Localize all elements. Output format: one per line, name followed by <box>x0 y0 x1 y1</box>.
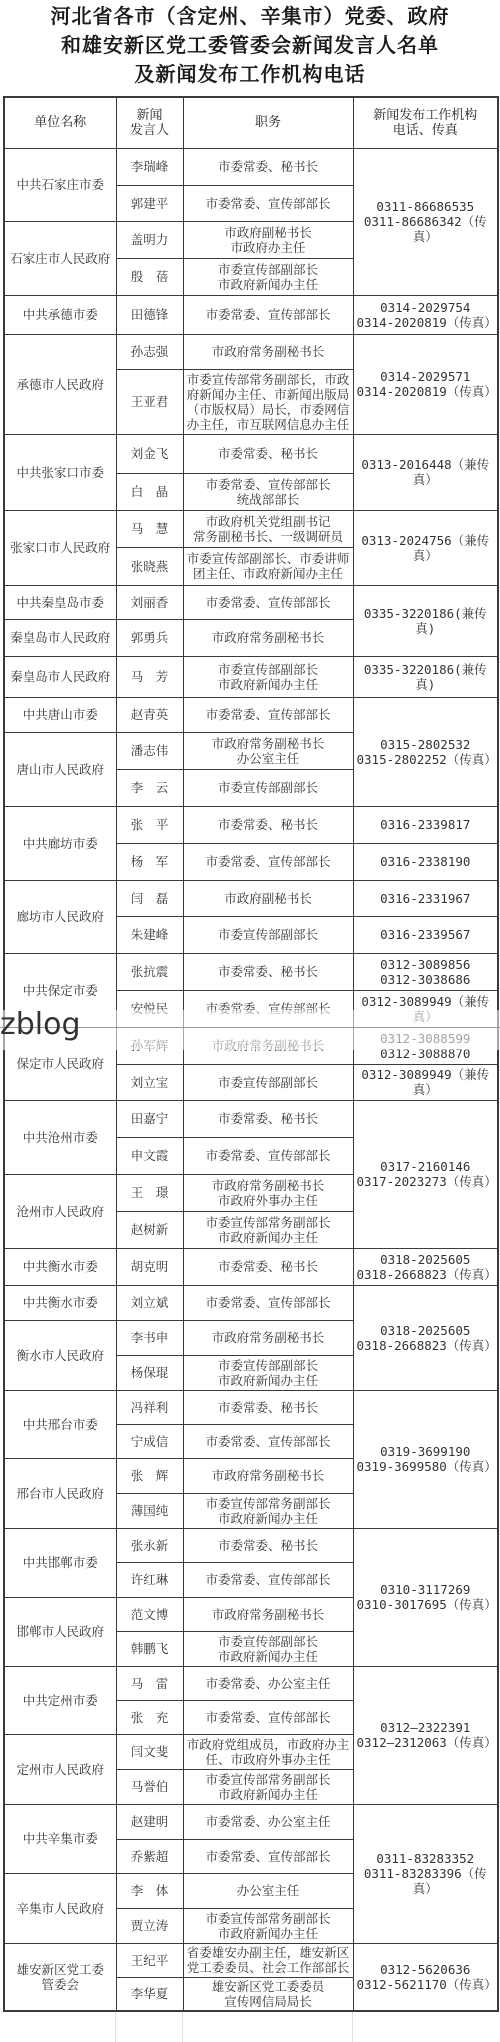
position-cell: 市委常委、秘书长 <box>183 148 353 185</box>
table-row: 中共张家口市委 刘金飞 市委常委、秘书长 0313-2016448（兼传真） <box>4 434 498 473</box>
table-row: 中共邯郸市委 张永新 市委常委、秘书长 0310-3117269 0310-30… <box>4 1528 498 1562</box>
table-header-row: 单位名称 新闻 发言人 职务 新闻发布工作机构 电话、传真 <box>4 97 498 148</box>
table-row: 中共辛集市委 赵建明 市委常委、办公室主任 0311-83283352 0311… <box>4 1804 498 1839</box>
position-cell: 市委宣传部副部长 <box>183 1064 353 1100</box>
title-line-2: 和雄安新区党工委管委会新闻发言人名单 <box>0 31 500 60</box>
phone-cell: 0335-3220186(兼传真) <box>353 656 498 697</box>
speaker-cell: 薄国纯 <box>116 1493 183 1528</box>
phone-cell: 0312-3088599 0312-3088870 <box>353 1027 498 1064</box>
phone-cell: 0318-2025605 0318-2668823（传真） <box>353 1248 498 1285</box>
phone-cell: 0312—2322391 0312—2312063（传真） <box>353 1666 498 1804</box>
position-cell: 市政府机关党组副书记 常务副秘书长、一级调研员 <box>183 510 353 547</box>
speaker-cell: 李华夏 <box>116 1977 183 2011</box>
speaker-cell: 赵建明 <box>116 1804 183 1839</box>
position-cell: 市委宣传部副部长 市政府新闻办主任 <box>183 1631 353 1666</box>
unit-cell: 张家口市人民政府 <box>4 510 116 585</box>
unit-cell: 中共秦皇岛市委 <box>4 585 116 619</box>
position-cell: 市委宣传部常务副部长 市政府新闻办主任 <box>183 1769 353 1804</box>
unit-cell: 邢台市人民政府 <box>4 1458 116 1528</box>
position-cell: 市委常委、宣传部部长 <box>183 585 353 619</box>
position-cell: 市委宣传部副部长 <box>183 916 353 953</box>
speaker-cell: 马 芳 <box>116 656 183 697</box>
phone-cell: 0316-2338190 <box>353 843 498 880</box>
table-row: 中共衡水市委 胡克明 市委常委、秘书长 0318-2025605 0318-26… <box>4 1248 498 1285</box>
table-row: 中共邢台市委 冯祥利 市委常委、秘书长 0319-3699190 0319-36… <box>4 1390 498 1424</box>
table-row: 中共秦皇岛市委 刘丽香 市委常委、宣传部部长 0335-3220186(兼传真) <box>4 585 498 619</box>
position-cell: 市委常委、宣传部部长 <box>183 990 353 1027</box>
position-cell: 市委宣传部常务副部长 市政府新闻办主任 <box>183 1493 353 1528</box>
position-cell: 市委常委、办公室主任 <box>183 1804 353 1839</box>
speaker-cell: 郭建平 <box>116 185 183 221</box>
phone-cell: 0310-3117269 0310-3017695（传真） <box>353 1528 498 1666</box>
unit-cell: 石家庄市人民政府 <box>4 221 116 295</box>
position-cell: 市政府副秘书长 市政府办主任 <box>183 221 353 258</box>
position-cell: 市委常委、宣传部部长 统战部部长 <box>183 473 353 510</box>
speaker-cell: 贾立涛 <box>116 1908 183 1943</box>
position-cell: 市委常委、秘书长 <box>183 1100 353 1137</box>
position-cell: 市委常委、办公室主任 <box>183 1666 353 1700</box>
speaker-cell: 刘丽香 <box>116 585 183 619</box>
speaker-cell: 许红琳 <box>116 1562 183 1597</box>
speaker-cell: 田德锋 <box>116 295 183 334</box>
unit-cell: 定州市人民政府 <box>4 1734 116 1804</box>
position-cell: 市政府常务副秘书长 <box>183 1597 353 1631</box>
position-cell: 市委宣传部常务副部长 市政府新闻办主任 <box>183 1211 353 1248</box>
header-phone: 新闻发布工作机构 电话、传真 <box>353 97 498 148</box>
position-cell: 雄安新区党工委委员 宣传网信局局长 <box>183 1977 353 2011</box>
position-cell: 市委常委、宣传部部长 <box>183 1562 353 1597</box>
speaker-cell: 乔紫超 <box>116 1839 183 1873</box>
watermark-text: zblog <box>0 1005 81 1045</box>
position-cell: 市政府常务副秘书长 <box>183 1320 353 1355</box>
table-row: 承德市人民政府 孙志强 市政府常务副秘书长 0314-2029571 0314-… <box>4 334 498 369</box>
speaker-cell: 田嘉宁 <box>116 1100 183 1137</box>
unit-cell: 中共张家口市委 <box>4 434 116 510</box>
unit-cell: 中共辛集市委 <box>4 1804 116 1873</box>
speaker-cell: 李 云 <box>116 769 183 806</box>
table-row: 雄安新区党工委 管委会 王纪平 省委雄安办副主任，雄安新区党工委委员、社会工作部… <box>4 1943 498 1977</box>
position-cell: 办公室主任 <box>183 1873 353 1908</box>
phone-cell: 0316-2339567 <box>353 916 498 953</box>
position-cell: 市政府常务副秘书长 <box>183 1027 353 1064</box>
phone-cell: 0312-5620636 0312-5621170（传真） <box>353 1943 498 2011</box>
title-line-1: 河北省各市（含定州、辛集市）党委、政府 <box>0 2 500 31</box>
speaker-cell: 王 璟 <box>116 1174 183 1211</box>
speaker-cell: 杨保琨 <box>116 1355 183 1390</box>
phone-cell: 0312-3089856 0312-3038686 <box>353 953 498 990</box>
speaker-cell: 孙志强 <box>116 334 183 369</box>
header-position: 职务 <box>183 97 353 148</box>
speaker-cell: 张永新 <box>116 1528 183 1562</box>
speaker-cell: 刘金飞 <box>116 434 183 473</box>
speaker-cell: 刘立宝 <box>116 1064 183 1100</box>
speaker-cell: 赵青英 <box>116 697 183 732</box>
position-cell: 市委常委、宣传部部长 <box>183 1137 353 1174</box>
position-cell: 市委常委、宣传部部长 <box>183 1424 353 1458</box>
position-cell: 市委常委、宣传部部长 <box>183 1285 353 1320</box>
speaker-cell: 殷 蓓 <box>116 258 183 295</box>
document-title: 河北省各市（含定州、辛集市）党委、政府 和雄安新区党工委管委会新闻发言人名单 及… <box>0 2 500 89</box>
spokesperson-table: 单位名称 新闻 发言人 职务 新闻发布工作机构 电话、传真 中共石家庄市委 李瑞… <box>3 96 499 2012</box>
speaker-cell: 王纪平 <box>116 1943 183 1977</box>
speaker-cell: 李 体 <box>116 1873 183 1908</box>
phone-cell: 0315-2802532 0315-2802252（传真） <box>353 697 498 806</box>
position-cell: 市委常委、秘书长 <box>183 953 353 990</box>
speaker-cell: 郭勇兵 <box>116 619 183 656</box>
speaker-cell: 胡克明 <box>116 1248 183 1285</box>
position-cell: 市委常委、宣传部部长 <box>183 1700 353 1734</box>
position-cell: 市委常委、秘书长 <box>183 1248 353 1285</box>
speaker-cell: 韩鹏飞 <box>116 1631 183 1666</box>
phone-cell: 0314-2029754 0314-2020819（传真） <box>353 295 498 334</box>
position-cell: 市政府副秘书长 <box>183 880 353 916</box>
position-cell: 市委常委、秘书长 <box>183 1390 353 1424</box>
header-unit: 单位名称 <box>4 97 116 148</box>
unit-cell: 辛集市人民政府 <box>4 1873 116 1943</box>
speaker-cell: 范文博 <box>116 1597 183 1631</box>
speaker-cell: 安悦民 <box>116 990 183 1027</box>
position-cell: 市政府常务副秘书长 市政府外事办主任 <box>183 1174 353 1211</box>
position-cell: 市委宣传部常务副部长 市政府新闻办主任 <box>183 1908 353 1943</box>
speaker-cell: 张抗震 <box>116 953 183 990</box>
title-line-3: 及新闻发布工作机构电话 <box>0 60 500 89</box>
unit-cell: 中共衡水市委 <box>4 1248 116 1285</box>
speaker-cell: 杨 军 <box>116 843 183 880</box>
speaker-cell: 张 平 <box>116 806 183 843</box>
position-cell: 市委常委、宣传部部长 <box>183 843 353 880</box>
position-cell: 市委常委、宣传部部长 <box>183 185 353 221</box>
unit-cell: 中共石家庄市委 <box>4 148 116 221</box>
position-cell: 市委常委、宣传部部长 <box>183 1839 353 1873</box>
position-cell: 市委宣传部副部长 市政府新闻办主任 <box>183 1355 353 1390</box>
position-cell: 市政府常务副秘书长 <box>183 619 353 656</box>
position-cell: 市政府党组成员，市政府办主任、市政府外事办主任 <box>183 1734 353 1769</box>
table-row: 张家口市人民政府 马 慧 市政府机关党组副书记 常务副秘书长、一级调研员 031… <box>4 510 498 547</box>
unit-cell: 中共唐山市委 <box>4 697 116 732</box>
table-row: 秦皇岛市人民政府 马 芳 市委宣传部副部长 市政府新闻办主任 0335-3220… <box>4 656 498 697</box>
unit-cell: 秦皇岛市人民政府 <box>4 619 116 656</box>
speaker-cell: 王亚君 <box>116 369 183 434</box>
phone-cell: 0335-3220186(兼传真) <box>353 585 498 656</box>
table-row: 中共沧州市委 田嘉宁 市委常委、秘书长 0317-2160146 0317-20… <box>4 1100 498 1137</box>
position-cell: 市委宣传部副部长 <box>183 769 353 806</box>
position-cell: 省委雄安办副主任，雄安新区党工委委员、社会工作部部长 <box>183 1943 353 1977</box>
speaker-cell: 闫 磊 <box>116 880 183 916</box>
phone-cell: 0316-2331967 <box>353 880 498 916</box>
speaker-cell: 刘立斌 <box>116 1285 183 1320</box>
speaker-cell: 孙军辉 <box>116 1027 183 1064</box>
position-cell: 市委常委、秘书长 <box>183 434 353 473</box>
phone-cell: 0318-2025605 0318-2668823（传真） <box>353 1285 498 1390</box>
speaker-cell: 马誉伯 <box>116 1769 183 1804</box>
phone-cell: 0313-2024756（兼传真） <box>353 510 498 585</box>
position-cell: 市委宣传部副部长、市委讲师团主任、市政府新闻办主任 <box>183 547 353 585</box>
phone-cell: 0312-3089949（兼传真） <box>353 1064 498 1100</box>
position-cell: 市委常委、秘书长 <box>183 806 353 843</box>
unit-cell: 邯郸市人民政府 <box>4 1597 116 1666</box>
speaker-cell: 张 辉 <box>116 1458 183 1493</box>
unit-cell: 中共衡水市委 <box>4 1285 116 1320</box>
speaker-cell: 申文霞 <box>116 1137 183 1174</box>
speaker-cell: 宁成信 <box>116 1424 183 1458</box>
unit-cell: 承德市人民政府 <box>4 334 116 434</box>
speaker-cell: 赵树新 <box>116 1211 183 1248</box>
phone-cell: 0319-3699190 0319-3699580（传真） <box>353 1390 498 1528</box>
header-speaker: 新闻 发言人 <box>116 97 183 148</box>
speaker-cell: 潘志伟 <box>116 732 183 769</box>
speaker-cell: 冯祥利 <box>116 1390 183 1424</box>
table-row: 中共廊坊市委 张 平 市委常委、秘书长 0316-2339817 <box>4 806 498 843</box>
unit-cell: 中共沧州市委 <box>4 1100 116 1174</box>
speaker-cell: 盖明力 <box>116 221 183 258</box>
faint-gridlines <box>3 2012 497 2042</box>
unit-cell: 唐山市人民政府 <box>4 732 116 806</box>
unit-cell: 衡水市人民政府 <box>4 1320 116 1390</box>
phone-cell: 0313-2016448（兼传真） <box>353 434 498 510</box>
phone-cell: 0311-86686535 0311-86686342（传真） <box>353 148 498 295</box>
position-cell: 市委宣传部副部长 市政府新闻办主任 <box>183 258 353 295</box>
table-row: 中共保定市委 张抗震 市委常委、秘书长 0312-3089856 0312-30… <box>4 953 498 990</box>
unit-cell: 雄安新区党工委 管委会 <box>4 1943 116 2011</box>
unit-cell: 沧州市人民政府 <box>4 1174 116 1248</box>
table-row: 中共石家庄市委 李瑞峰 市委常委、秘书长 0311-86686535 0311-… <box>4 148 498 185</box>
position-cell: 市政府常务副秘书长 <box>183 334 353 369</box>
position-cell: 市委宣传部常务副部长，市政府新闻办主任、市新闻出版局（市版权局）局长，市委网信办… <box>183 369 353 434</box>
table-row: 中共唐山市委 赵青英 市委常委、宣传部部长 0315-2802532 0315-… <box>4 697 498 732</box>
position-cell: 市政府常务副秘书长 办公室主任 <box>183 732 353 769</box>
speaker-cell: 张 充 <box>116 1700 183 1734</box>
phone-cell: 0317-2160146 0317-2023273（传真） <box>353 1100 498 1248</box>
speaker-cell: 白 晶 <box>116 473 183 510</box>
speaker-cell: 马 雷 <box>116 1666 183 1700</box>
table-row: 中共衡水市委 刘立斌 市委常委、宣传部部长 0318-2025605 0318-… <box>4 1285 498 1320</box>
phone-cell: 0314-2029571 0314-2020819（传真） <box>353 334 498 434</box>
unit-cell: 中共承德市委 <box>4 295 116 334</box>
unit-cell: 中共邯郸市委 <box>4 1528 116 1597</box>
position-cell: 市委常委、宣传部部长 <box>183 295 353 334</box>
speaker-cell: 李书申 <box>116 1320 183 1355</box>
unit-cell: 中共定州市委 <box>4 1666 116 1734</box>
phone-cell: 0311-83283352 0311-83283396（传真） <box>353 1804 498 1943</box>
table-row: 中共定州市委 马 雷 市委常委、办公室主任 0312—2322391 0312—… <box>4 1666 498 1700</box>
position-cell: 市政府常务副秘书长 <box>183 1458 353 1493</box>
phone-cell: 0312-3089949（兼传真） <box>353 990 498 1027</box>
speaker-cell: 闫文斐 <box>116 1734 183 1769</box>
position-cell: 市委宣传部副部长 市政府新闻办主任 <box>183 656 353 697</box>
phone-cell: 0316-2339817 <box>353 806 498 843</box>
speaker-cell: 李瑞峰 <box>116 148 183 185</box>
speaker-cell: 马 慧 <box>116 510 183 547</box>
unit-cell: 廊坊市人民政府 <box>4 880 116 953</box>
unit-cell: 中共廊坊市委 <box>4 806 116 880</box>
position-cell: 市委常委、秘书长 <box>183 1528 353 1562</box>
table-row: 中共承德市委 田德锋 市委常委、宣传部部长 0314-2029754 0314-… <box>4 295 498 334</box>
speaker-cell: 朱建峰 <box>116 916 183 953</box>
unit-cell: 中共邢台市委 <box>4 1390 116 1458</box>
position-cell: 市委常委、宣传部部长 <box>183 697 353 732</box>
unit-cell: 秦皇岛市人民政府 <box>4 656 116 697</box>
speaker-cell: 张晓燕 <box>116 547 183 585</box>
table-row: 廊坊市人民政府 闫 磊 市政府副秘书长 0316-2331967 <box>4 880 498 916</box>
